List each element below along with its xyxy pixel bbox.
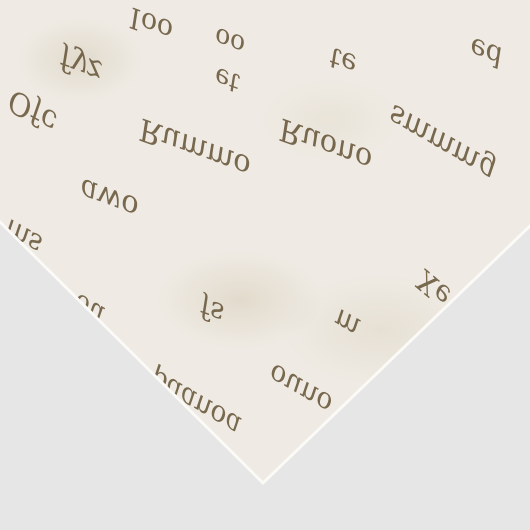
image-stage: IooooRummofyzetteOfcRuonosmmmgawoedmsXem…: [0, 0, 530, 530]
handwritten-word: Ofc: [1, 82, 64, 139]
handwriting-layer: IooooRummofyzetteOfcRuonosmmmgawoedmsXem…: [0, 0, 530, 530]
handwritten-word: m: [327, 302, 367, 344]
handwritten-word: oo: [210, 21, 250, 60]
handwritten-word: te: [324, 41, 361, 82]
handwritten-word: ed: [464, 31, 508, 74]
handwritten-word: fyz: [54, 41, 107, 89]
handwritten-word: et: [210, 61, 245, 98]
handwritten-word: ou: [68, 287, 111, 329]
handwritten-word: Ruono: [274, 111, 377, 177]
handwritten-word: Rummo: [134, 111, 256, 184]
handwritten-word: awo: [74, 171, 144, 225]
handwritten-word: ouno: [262, 357, 339, 420]
handwritten-word: ms: [0, 212, 49, 261]
handwritten-word: fs: [194, 291, 229, 330]
handwritten-word: Xe: [409, 264, 458, 313]
handwritten-word: paanoa: [142, 362, 248, 442]
handwritten-word: smmmg: [381, 97, 502, 187]
handwritten-word: Ioo: [124, 1, 177, 47]
